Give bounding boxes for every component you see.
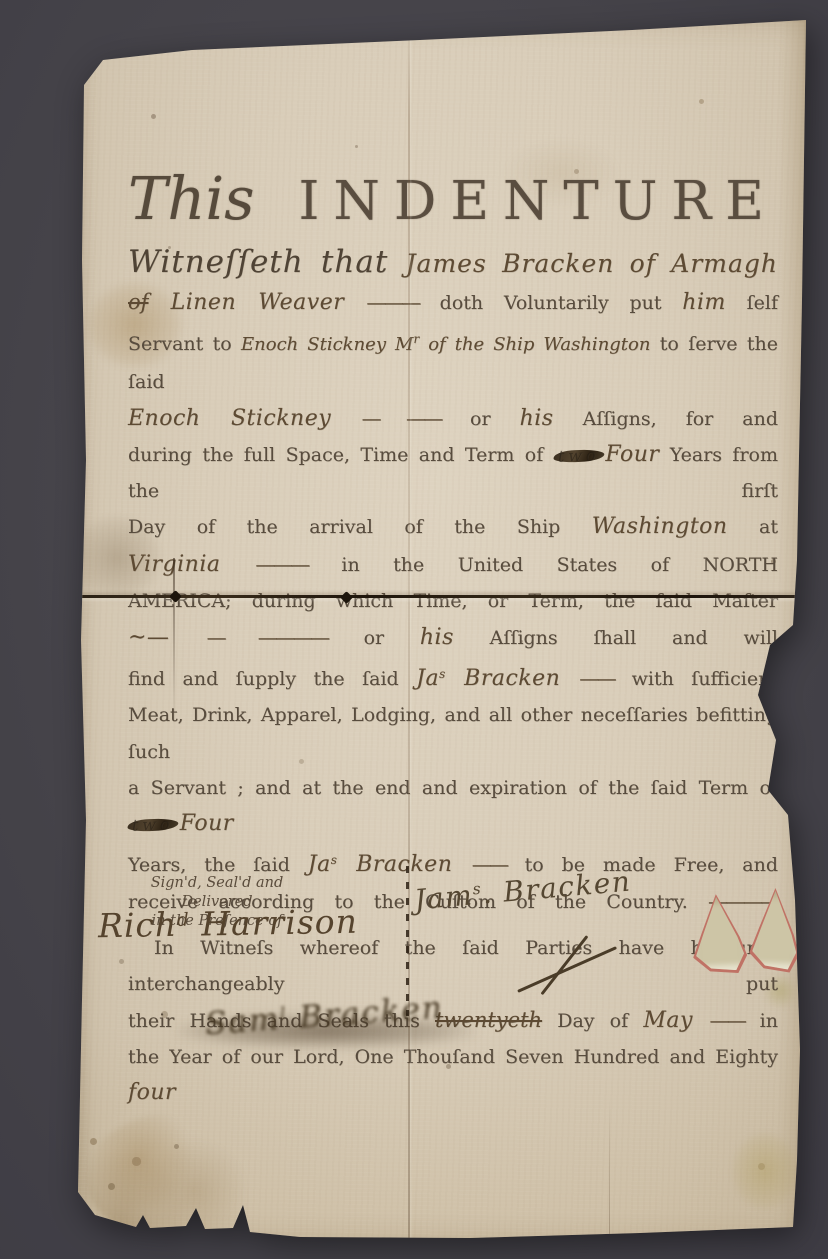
text-segment: Ja [416,666,439,691]
document-line: a Servant ; and at the end and expiratio… [128,770,778,842]
text-segment: Virginia [128,552,255,577]
text-segment: —— [710,1008,745,1032]
text-segment: AMERICA; during which Time, or Term, the… [128,590,778,612]
document-line: of Linen Weaver ——— doth Voluntarily put… [128,284,778,321]
document-line: ~— — ———— or his Aſſigns ſhall and will [128,619,778,656]
text-segment: ſelf [726,292,778,314]
text-segment: or [441,408,520,430]
text-segment: or [328,627,420,649]
title-caps-word: INDENTURE [299,171,778,232]
text-segment: In Witneſs whereof the ſaid Parties have… [128,937,778,995]
document-paper: This INDENTURE Witneſſeth that James Bra… [72,18,808,1244]
text-segment: James Bracken of Armagh [406,249,778,278]
text-segment: Bracken [445,666,579,691]
text-segment: his [520,406,554,431]
wax-seal [749,887,802,973]
text-segment: Meat, Drink, Apparel, Lodging, and all o… [128,704,778,762]
text-segment: May [643,1008,709,1033]
text-segment: ——— [366,290,419,314]
foxing-specks [72,18,75,21]
text-segment: two [552,449,604,463]
document-line: Enoch Stickney — —— or his Aſſigns, for … [128,400,778,437]
text-segment: in the United States of NORTH [308,554,778,576]
text-segment: Years, the ſaid [128,854,308,876]
text-segment: four [128,1080,176,1105]
text-segment: at [728,516,778,538]
text-segment: find and ſupply the ſaid [128,668,416,690]
text-segment: — ———— [207,625,328,649]
text-segment: doth Voluntarily put [419,292,682,314]
document-line: during the full Space, Time and Term of … [128,437,778,509]
title-script-word: This [128,164,255,233]
text-segment: Enoch Stickney [128,406,362,431]
text-segment: Harrison [189,902,358,944]
text-segment: Washington [592,514,728,539]
text-segment: ——— [255,552,308,576]
stain [86,1113,266,1243]
photo-background: This INDENTURE Witneſſeth that James Bra… [0,0,828,1259]
document-line: Virginia ——— in the United States of NOR… [128,546,778,583]
paper-shadow-wrap: This INDENTURE Witneſſeth that James Bra… [72,18,808,1244]
text-segment: Sam [204,1001,281,1042]
document-line: Day of the arrival of the Ship Washingto… [128,509,778,545]
document-line: Witneſſeth that James Bracken of Armagh [128,244,778,284]
stain [732,1133,798,1209]
document-body: Witneſſeth that James Bracken of Armagho… [128,244,778,1112]
text-segment: him [682,290,726,315]
text-segment: of the Ship Washington [419,334,650,355]
text-segment: a Servant ; and at the end and expiratio… [128,777,778,799]
text-segment: Servant to [128,333,241,355]
document-line: Servant to Enoch Stickney Mr of the Ship… [128,321,778,399]
text-segment: —— [579,666,614,690]
text-segment: Four [180,811,234,836]
text-segment: Four [605,442,659,467]
text-segment: Enoch Stickney M [241,334,413,355]
text-segment: — —— [362,406,441,430]
document-title: This INDENTURE [128,164,778,233]
text-segment: during the full Space, Time and Term of [128,444,554,466]
text-segment: —— [472,852,507,876]
text-segment: two [127,818,179,832]
text-segment: Bracken [337,852,472,877]
text-segment: Linen Weaver [148,290,366,315]
his-mark-x [517,920,617,1008]
smudged-signature: Saml Bracken [177,990,497,1075]
text-segment: ~— [128,625,207,650]
witness-signature: Richd Harrison [98,902,359,946]
text-segment: in [745,1010,778,1032]
text-segment: Day of the arrival of the Ship [128,516,592,538]
crease-line [609,1098,610,1238]
text-segment: of [128,290,148,314]
text-segment: Day of [542,1010,643,1032]
text-segment: his [420,625,454,650]
text-segment: Aſſigns, for and [554,408,778,430]
document-line: find and ſupply the ſaid Jas Bracken —— … [128,656,778,697]
text-segment: Jam [413,878,475,916]
document-line: AMERICA; during which Time, or Term, the… [128,583,778,619]
text-segment: Aſſigns ſhall and will [454,627,778,649]
text-segment: with ſufficient [614,668,778,690]
text-segment: Witneſſeth that [128,244,406,280]
text-segment: Rich [98,905,178,945]
wax-seal [690,893,748,976]
document-line: Meat, Drink, Apparel, Lodging, and all o… [128,697,778,769]
text-segment: d [177,910,190,931]
